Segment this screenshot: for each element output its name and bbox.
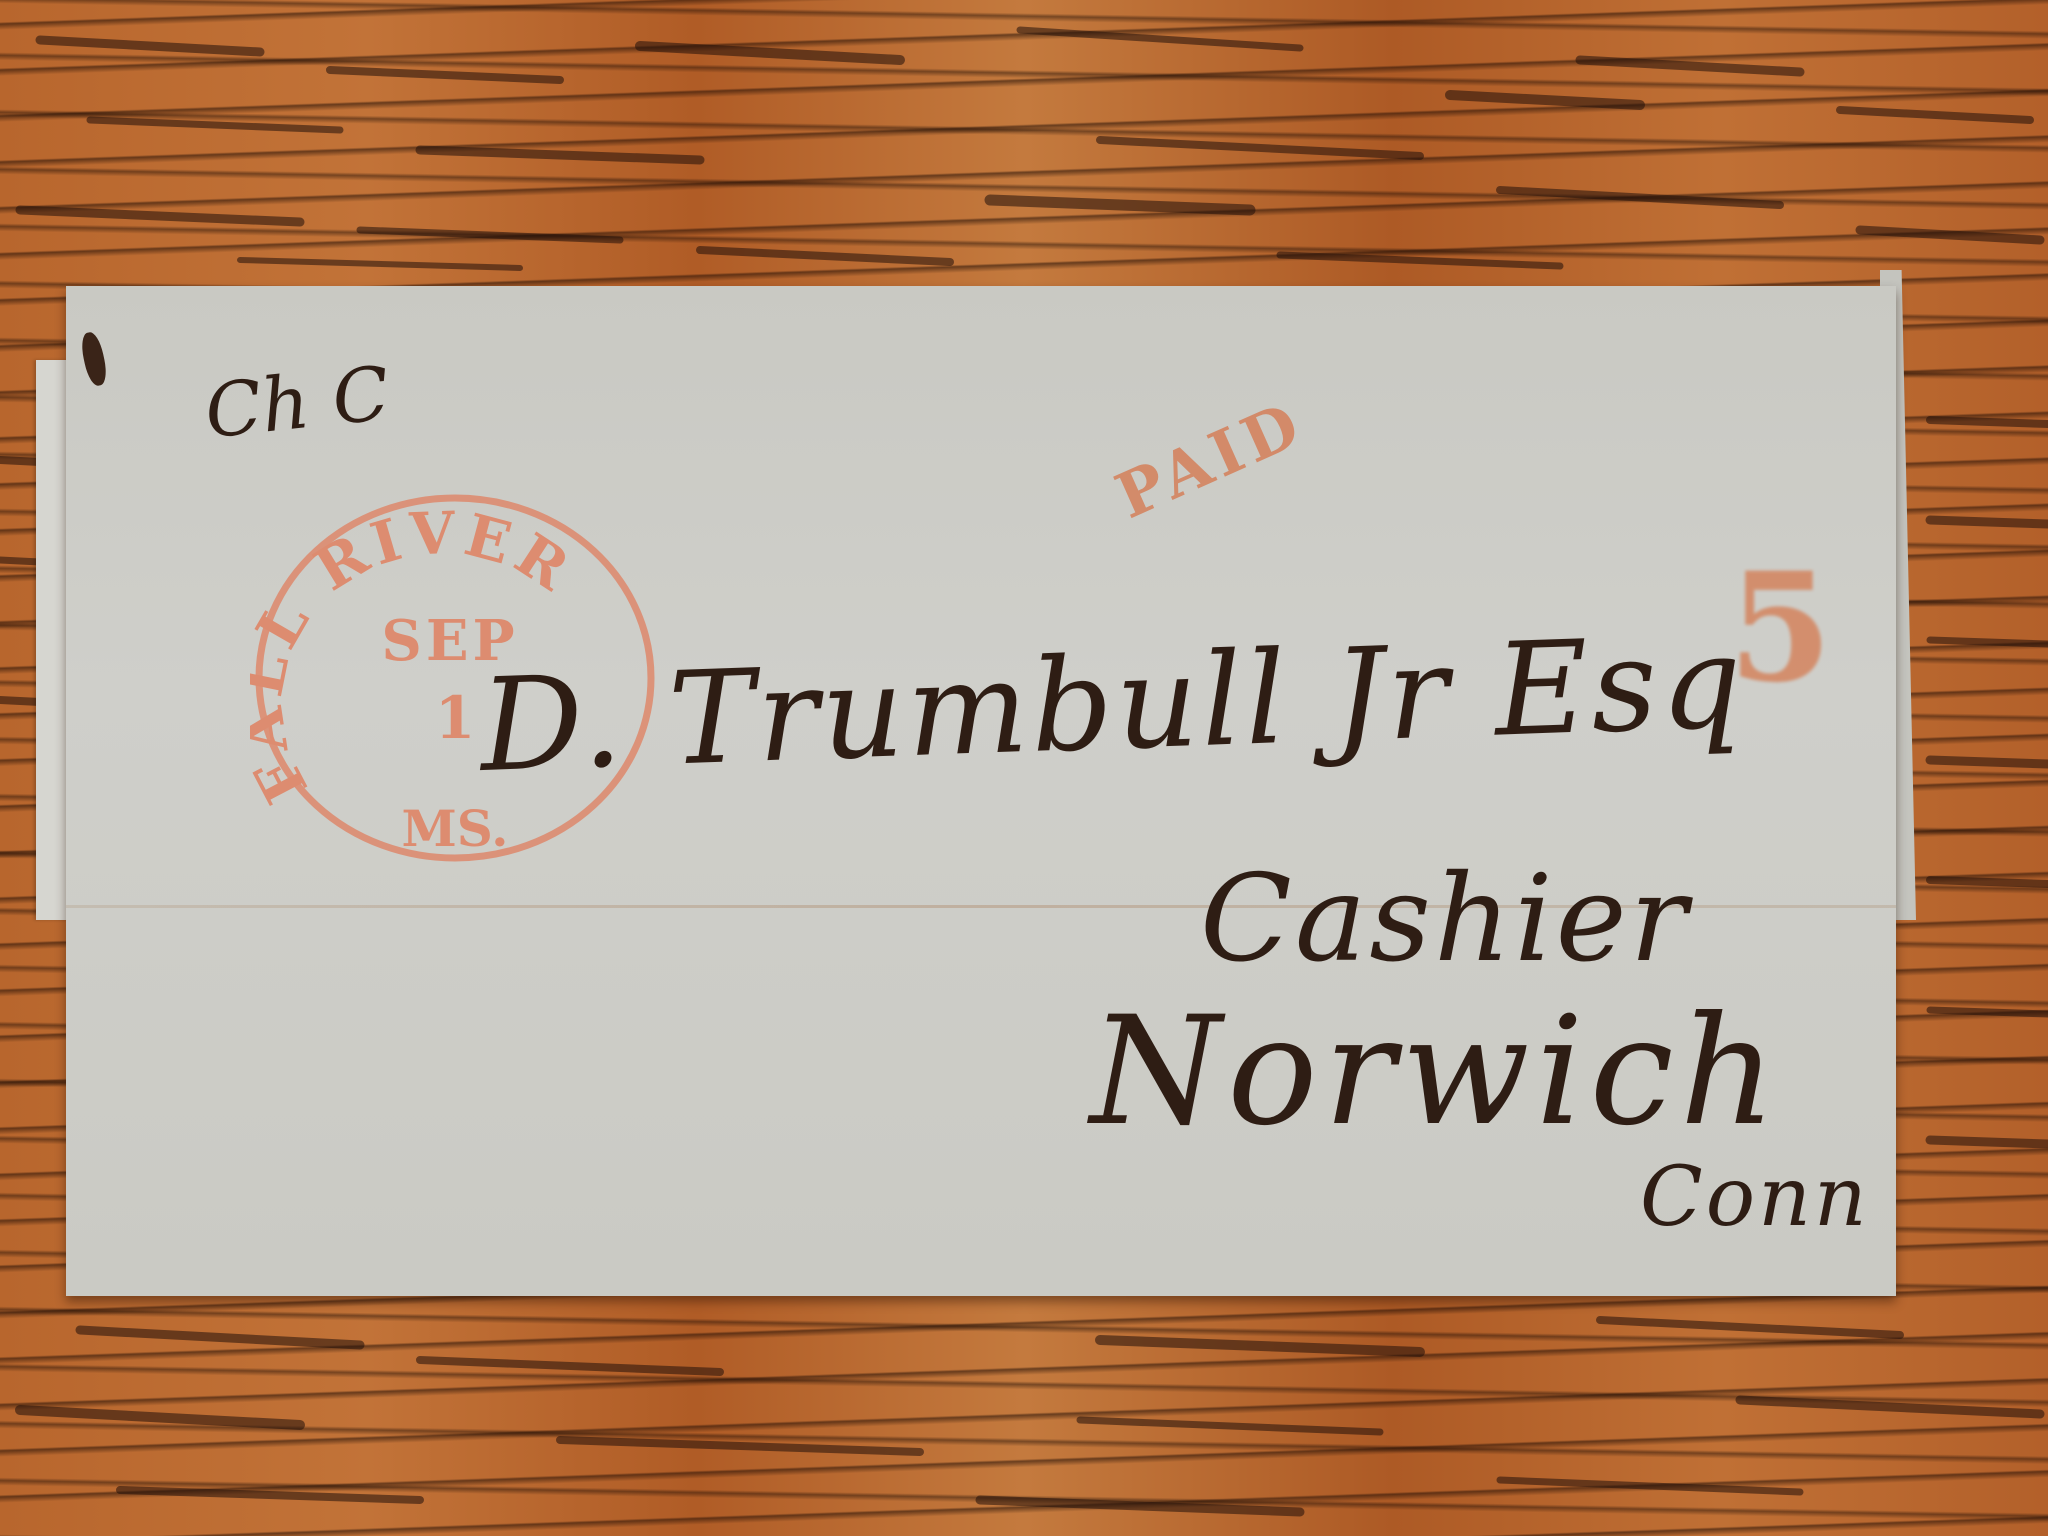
postmark-day: 1 — [435, 684, 475, 752]
postmark-state: MS. — [401, 799, 508, 858]
address-state: Conn — [1640, 1150, 1870, 1245]
address-title: Cashier — [1200, 850, 1690, 989]
address-city: Norwich — [1090, 985, 1782, 1159]
